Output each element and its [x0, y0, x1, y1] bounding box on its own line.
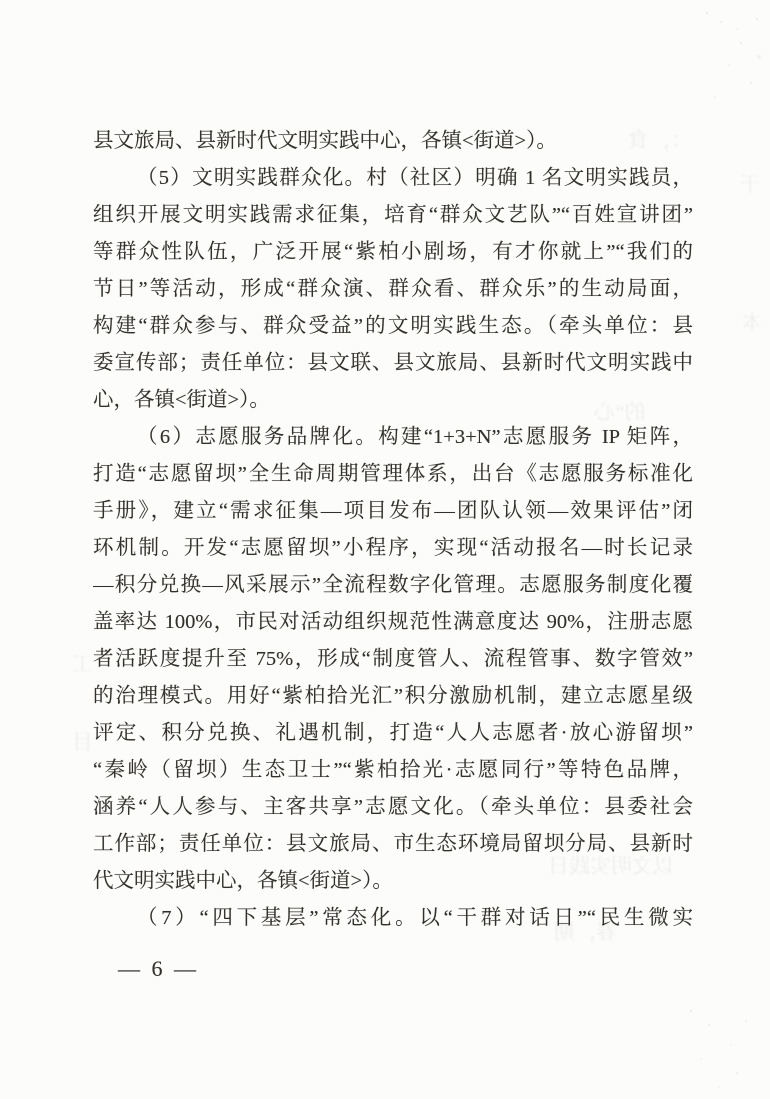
text-line: 盖率达 100%，市民对活动组织规范性满意度达 90%，注册志愿	[93, 604, 693, 641]
text-line: “秦岭（留坝）生态卫士”“紫柏拾光·志愿同行”等特色品牌，	[93, 752, 693, 789]
scan-noise-bottom-right	[690, 1010, 692, 1012]
text-line: 节日”等活动，形成“群众演、群众看、群众乐”的生动局面，	[93, 271, 693, 308]
document-body: 县文旅局、县新时代文明实践中心，各镇<街道>）。（5）文明实践群众化。村（社区）…	[93, 123, 693, 937]
text-line: —积分兑换—风采展示”全流程数字化管理。志愿服务制度化覆	[93, 567, 693, 604]
page-number: — 6 —	[118, 956, 199, 982]
text-line: 打造“志愿留坝”全生命周期管理体系，出台《志愿服务标准化	[93, 456, 693, 493]
bleedthrough-mark: 干	[740, 168, 760, 197]
text-line: 涵养“人人参与、主客共享”志愿文化。（牵头单位：县委社会	[93, 789, 693, 826]
text-line: 的治理模式。用好“紫柏拾光汇”积分激励机制，建立志愿星级	[93, 678, 693, 715]
text-line: 构建“群众参与、群众受益”的文明实践生态。（牵头单位：县	[93, 308, 693, 345]
bleedthrough-mark: 本	[742, 306, 762, 335]
text-line: 工作部；责任单位：县文旅局、市生态环境局留坝分局、县新时	[93, 826, 693, 863]
text-line: 组织开展文明实践需求征集，培育“群众文艺队”“百姓宣讲团”	[93, 197, 693, 234]
text-line: 委宣传部；责任单位：县文联、县文旅局、县新时代文明实践中	[93, 345, 693, 382]
text-line: 环机制。开发“志愿留坝”小程序，实现“活动报名—时长记录	[93, 530, 693, 567]
text-line: 手册》，建立“需求征集—项目发布—团队认领—效果评估”闭	[93, 493, 693, 530]
text-line: （7）“四下基层”常态化。以“干群对话日”“民生微实	[93, 900, 693, 937]
text-line: （6）志愿服务品牌化。构建“1+3+N”志愿服务 IP 矩阵，	[93, 419, 693, 456]
text-line: 县文旅局、县新时代文明实践中心，各镇<街道>）。	[93, 123, 693, 160]
text-line: （5）文明实践群众化。村（社区）明确 1 名文明实践员，	[93, 160, 693, 197]
text-line: 者活跃度提升至 75%，形成“制度管人、流程管事、数字管效”	[93, 641, 693, 678]
bleedthrough-mark: 目	[72, 726, 93, 756]
text-line: 评定、积分兑换、礼遇机制，打造“人人志愿者·放心游留坝”	[93, 715, 693, 752]
bleedthrough-mark: 工	[72, 648, 93, 678]
scan-noise-top-right	[706, 12, 708, 14]
text-line: 等群众性队伍，广泛开展“紫柏小剧场，有才你就上”“我们的	[93, 234, 693, 271]
scanned-document-page: ：，食干本的“心工目以文明实践日春，期 县文旅局、县新时代文明实践中心，各镇<街…	[0, 0, 770, 1099]
text-line: 代文明实践中心，各镇<街道>）。	[93, 863, 693, 900]
text-line: 心，各镇<街道>）。	[93, 382, 693, 419]
